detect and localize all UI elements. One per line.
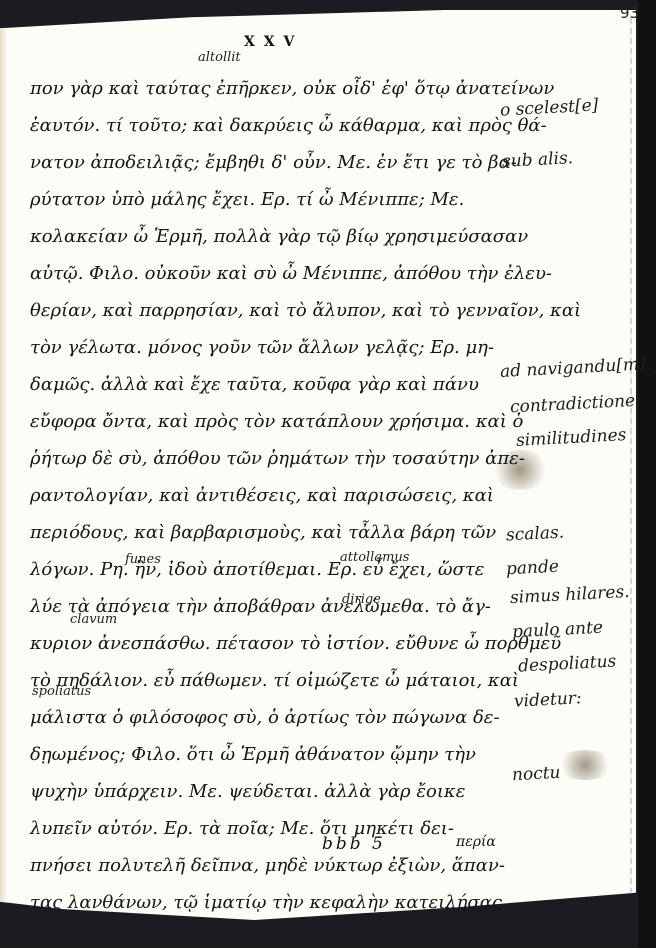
interlinear-gloss: attollamus [340,550,409,565]
interlinear-gloss: altollit [198,50,241,65]
margin-note: noctu [512,763,561,786]
page-signature-heading: X X V [244,34,296,50]
text-line: δαμῶς. ἀλλὰ καὶ ἔχε ταῦτα, κοῦφα γὰρ καὶ… [30,366,500,403]
margin-note: pande [506,557,560,580]
text-line: κυριον ἀνεσπάσθω. πέτασον τὸ ἱστίον. εὔθ… [30,625,500,662]
text-line: ραντολογίαν, καὶ ἀντιθέσεις, καὶ παρισώσ… [30,477,500,514]
folio-number: 93 [620,4,639,22]
text-line: ἑαυτόν. τί τοῦτο; καὶ δακρύεις ὦ κάθαρμα… [30,107,500,144]
catchword: περία [456,834,496,850]
text-line: τὸν γέλωτα. μόνος γοῦν τῶν ἄλλων γελᾷς; … [30,329,500,366]
text-line: εὔφορα ὄντα, καὶ πρὸς τὸν κατάπλουν χρήσ… [30,403,500,440]
text-line: λυπεῖν αὐτόν. Ερ. τὰ ποῖα; Με. ὅτι μηκέτ… [30,810,500,847]
greek-text-block: πον γὰρ καὶ ταύτας ἐπῆρκεν, οὐκ οἶδ' ἐφ'… [30,70,500,921]
text-line: μάλιστα ὁ φιλόσοφος σὺ, ὁ ἀρτίως τὸν πώγ… [30,699,500,736]
text-line: ψυχὴν ὑπάρχειν. Με. ψεύδεται. ἀλλὰ γὰρ ἔ… [30,773,500,810]
scan-background-edge [638,0,656,948]
text-line: περιόδους, καὶ βαρβαρισμοὺς, καὶ τἆλλα β… [30,514,500,551]
text-line: πον γὰρ καὶ ταύτας ἐπῆρκεν, οὐκ οἶδ' ἐφ'… [30,70,500,107]
interlinear-gloss: dirige [342,592,381,607]
margin-note: scalas. [506,522,565,545]
text-line: κολακείαν ὦ Ἑρμῆ, πολλὰ γὰρ τῷ βίῳ χρησι… [30,218,500,255]
footer-signature: bbb 5 [322,834,386,854]
text-line: δῃωμένος; Φιλο. ὅτι ὦ Ἑρμῆ ἀθάνατον ᾤμην… [30,736,500,773]
text-line: θερίαν, καὶ παρρησίαν, καὶ τὸ ἄλυπον, κα… [30,292,500,329]
ink-stain [555,750,615,780]
margin-note: videtur: [514,688,583,712]
text-line: αὐτῷ. Φιλο. οὐκοῦν καὶ σὺ ὦ Μένιππε, ἀπό… [30,255,500,292]
margin-note: sub alis. [502,148,574,172]
interlinear-gloss: spoliatus [32,684,91,699]
interlinear-gloss: funes [125,552,161,567]
text-line: λόγων. Ρη. ἢν, ἰδοὺ ἀποτίθεμαι. Ερ. εὖ ἔ… [30,551,500,588]
text-line: ῥήτωρ δὲ σὺ, ἀπόθου τῶν ῥημάτων τὴν τοσα… [30,440,500,477]
text-line: ρύτατον ὑπὸ μάλης ἔχει. Ερ. τί ὦ Μένιππε… [30,181,500,218]
text-line: νατον ἀποδειλιᾷς; ἔμβηθι δ' οὖν. Με. ἐν … [30,144,500,181]
text-line: τας λανθάνων, τῷ ἱματίῳ τὴν κεφαλὴν κατε… [30,884,500,921]
page-edge [630,18,632,908]
interlinear-gloss: clavum [70,612,117,627]
text-line: τὸ πηδάλιον. εὖ πάθωμεν. τί οἰμώζετε ὦ μ… [30,662,500,699]
text-line: πνήσει πολυτελῆ δεῖπνα, μηδὲ νύκτωρ ἐξιὼ… [30,847,500,884]
